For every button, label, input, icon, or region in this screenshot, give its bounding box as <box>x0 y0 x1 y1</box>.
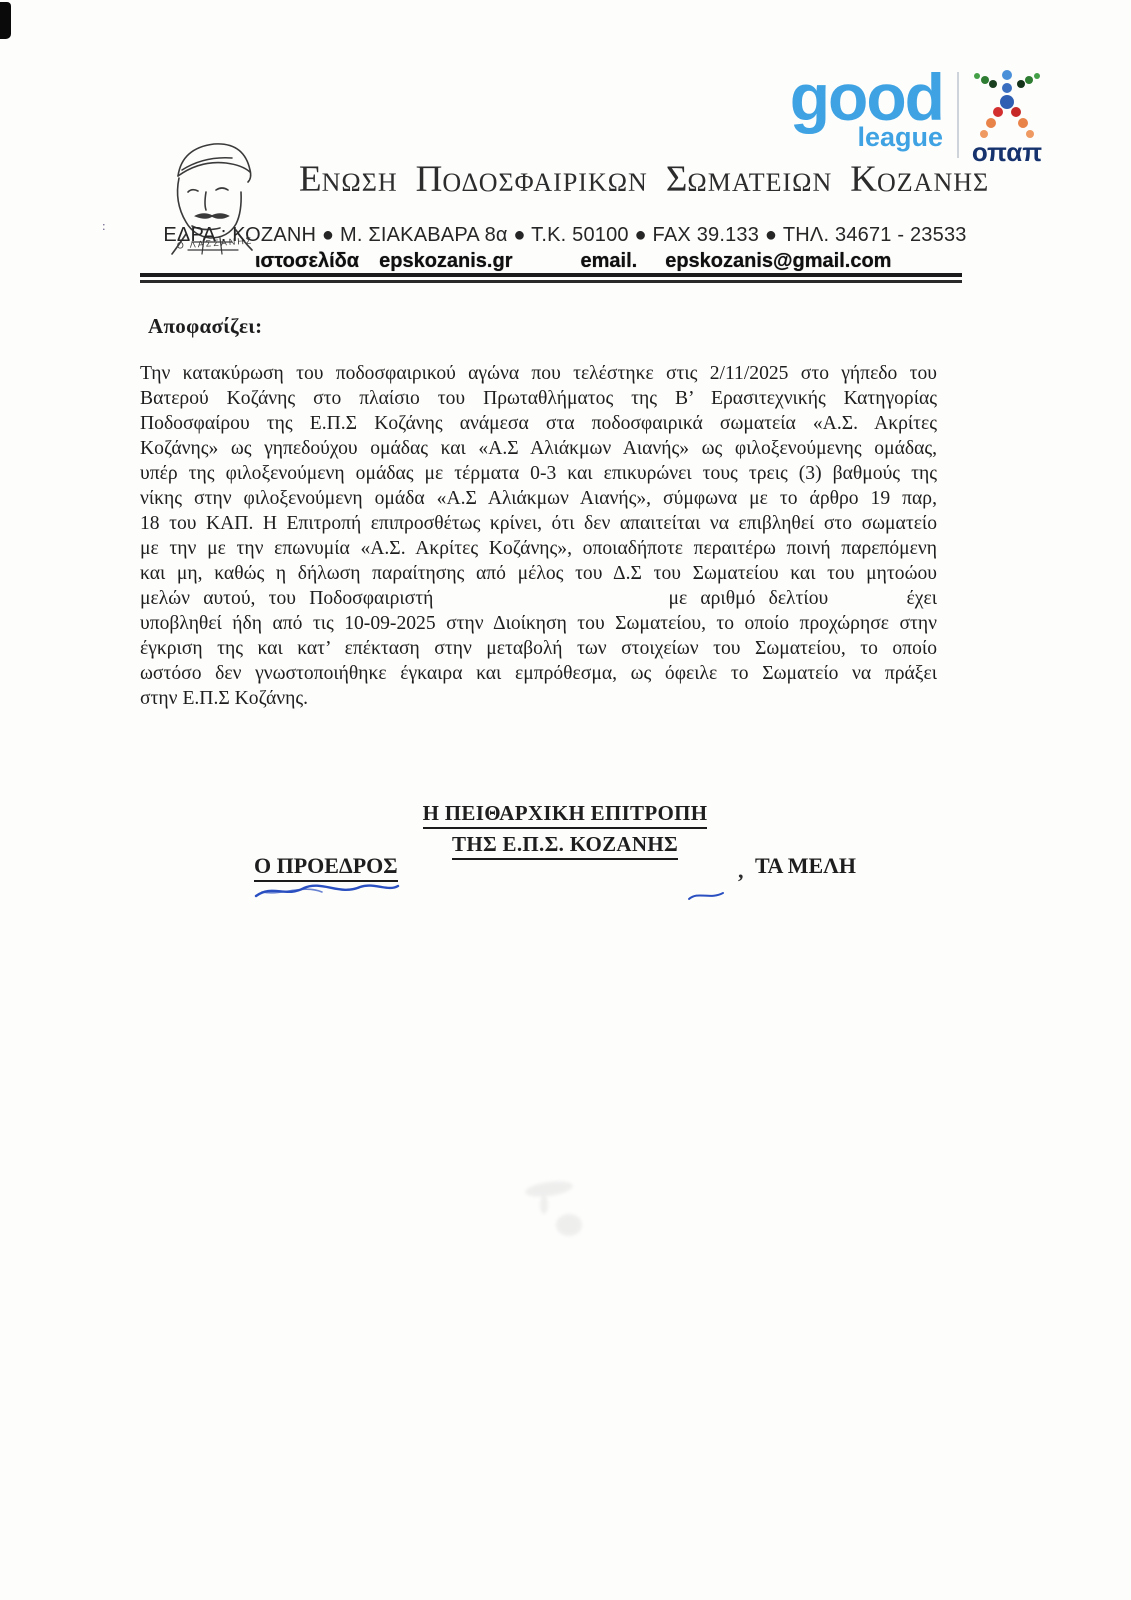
body-line: Ποδοσφαίρου της Ε.Π.Σ Κοζάνης ανάμεσα στ… <box>140 411 937 436</box>
decision-paragraph: Την κατακύρωση του ποδοσφαιρικού αγώνα π… <box>140 361 937 711</box>
body-line: ωστόσο δεν γνωστοποιήθηκε έγκαιρα και εμ… <box>140 661 937 686</box>
org-title-word: ΚΟΖΑΝΗΣ <box>850 178 989 195</box>
opap-wordmark: οπαπ <box>972 140 1042 164</box>
body-line: έγκριση της και κατ’ επέκταση στην μεταβ… <box>140 636 937 661</box>
scanned-document-page: : good league <box>0 0 1131 1600</box>
body-line: νίκης στην φιλοξενούμενη ομάδα «Α.Σ Αλιά… <box>140 486 937 511</box>
opap-logo: οπαπ <box>959 68 1043 164</box>
president-signature-ink <box>252 882 402 900</box>
members-signature-ink <box>686 888 726 902</box>
body-line-redacted: μελών αυτού, του Ποδοσφαιριστή με αριθμό… <box>140 586 937 611</box>
org-title-word: ΕΝΩΣΗ <box>299 178 398 195</box>
pencil-smudge <box>524 1179 573 1200</box>
email-address: epskozanis@gmail.com <box>665 250 891 273</box>
body-line: 18 του ΚΑΠ. Η Επιτροπή επιπροσθέτως κρίν… <box>140 511 937 536</box>
league-wordmark: league <box>857 124 943 151</box>
good-league-wordmark: good league <box>790 68 957 151</box>
committee-line1: Η ΠΕΙΘΑΡΧΙΚΗ ΕΠΙΤΡΟΠΗ <box>423 801 708 829</box>
body-line: υποβληθεί ήδη από τις 10-09-2025 στην Δι… <box>140 611 937 636</box>
org-address-line: ΕΔΡΑ : ΚΟΖΑΝΗ ● Μ. ΣΙΑΚΑΒΑΡΑ 8α ● Τ.Κ. 5… <box>150 224 980 247</box>
pencil-smudge <box>556 1214 582 1236</box>
pencil-smudge <box>540 1196 548 1214</box>
good-league-opap-logo: good league οπαπ <box>790 68 1043 164</box>
body-line: με την με την επωνυμία «Α.Σ. Ακρίτες Κοζ… <box>140 536 937 561</box>
org-title-word: ΠΟΔΟΣΦΑΙΡΙΚΩΝ <box>416 178 648 195</box>
scan-corner-artifact <box>0 2 11 39</box>
header-divider-rule <box>140 273 962 283</box>
body-line: Κοζάνης» ως γηπεδούχου ομάδας και «Α.Σ Α… <box>140 436 937 461</box>
committee-line2: ΤΗΣ Ε.Π.Σ. ΚΟΖΑΝΗΣ <box>452 832 678 860</box>
decision-heading: Αποφασίζει: <box>148 314 262 339</box>
committee-heading: Η ΠΕΙΘΑΡΧΙΚΗ ΕΠΙΤΡΟΠΗ ΤΗΣ Ε.Π.Σ. ΚΟΖΑΝΗΣ <box>340 801 790 863</box>
body-line: στην Ε.Π.Σ Κοζάνης. <box>140 686 937 711</box>
org-title-word: ΣΩΜΑΤΕΙΩΝ <box>666 178 832 195</box>
stray-comma-mark: , <box>738 858 744 884</box>
website-label: ιστοσελίδα <box>255 250 359 273</box>
body-line: Βατερού Κοζάνης στο πλαίσιο του Πρωταθλή… <box>140 386 937 411</box>
body-line: και μη, καθώς η δήλωση παραίτησης από μέ… <box>140 561 937 586</box>
body-line: Την κατακύρωση του ποδοσφαιρικού αγώνα π… <box>140 361 937 386</box>
email-label: email. <box>581 250 638 273</box>
members-label: ΤΑ ΜΕΛΗ <box>755 853 856 879</box>
org-title: ΕΝΩΣΗΠΟΔΟΣΦΑΙΡΙΚΩΝΣΩΜΑΤΕΙΩΝΚΟΖΑΝΗΣ <box>290 158 920 201</box>
web-email-row: ιστοσελίδα epskozanis.gr email. epskozan… <box>255 250 891 273</box>
website-url: epskozanis.gr <box>379 250 512 273</box>
president-label: Ο ΠΡΟΕΔΡΟΣ <box>254 853 398 882</box>
good-wordmark: good <box>790 68 943 126</box>
margin-pen-mark: : <box>102 218 107 232</box>
opap-figure-icon <box>971 68 1043 142</box>
body-line: υπέρ της φιλοξενούμενη ομάδας με τέρματα… <box>140 461 937 486</box>
